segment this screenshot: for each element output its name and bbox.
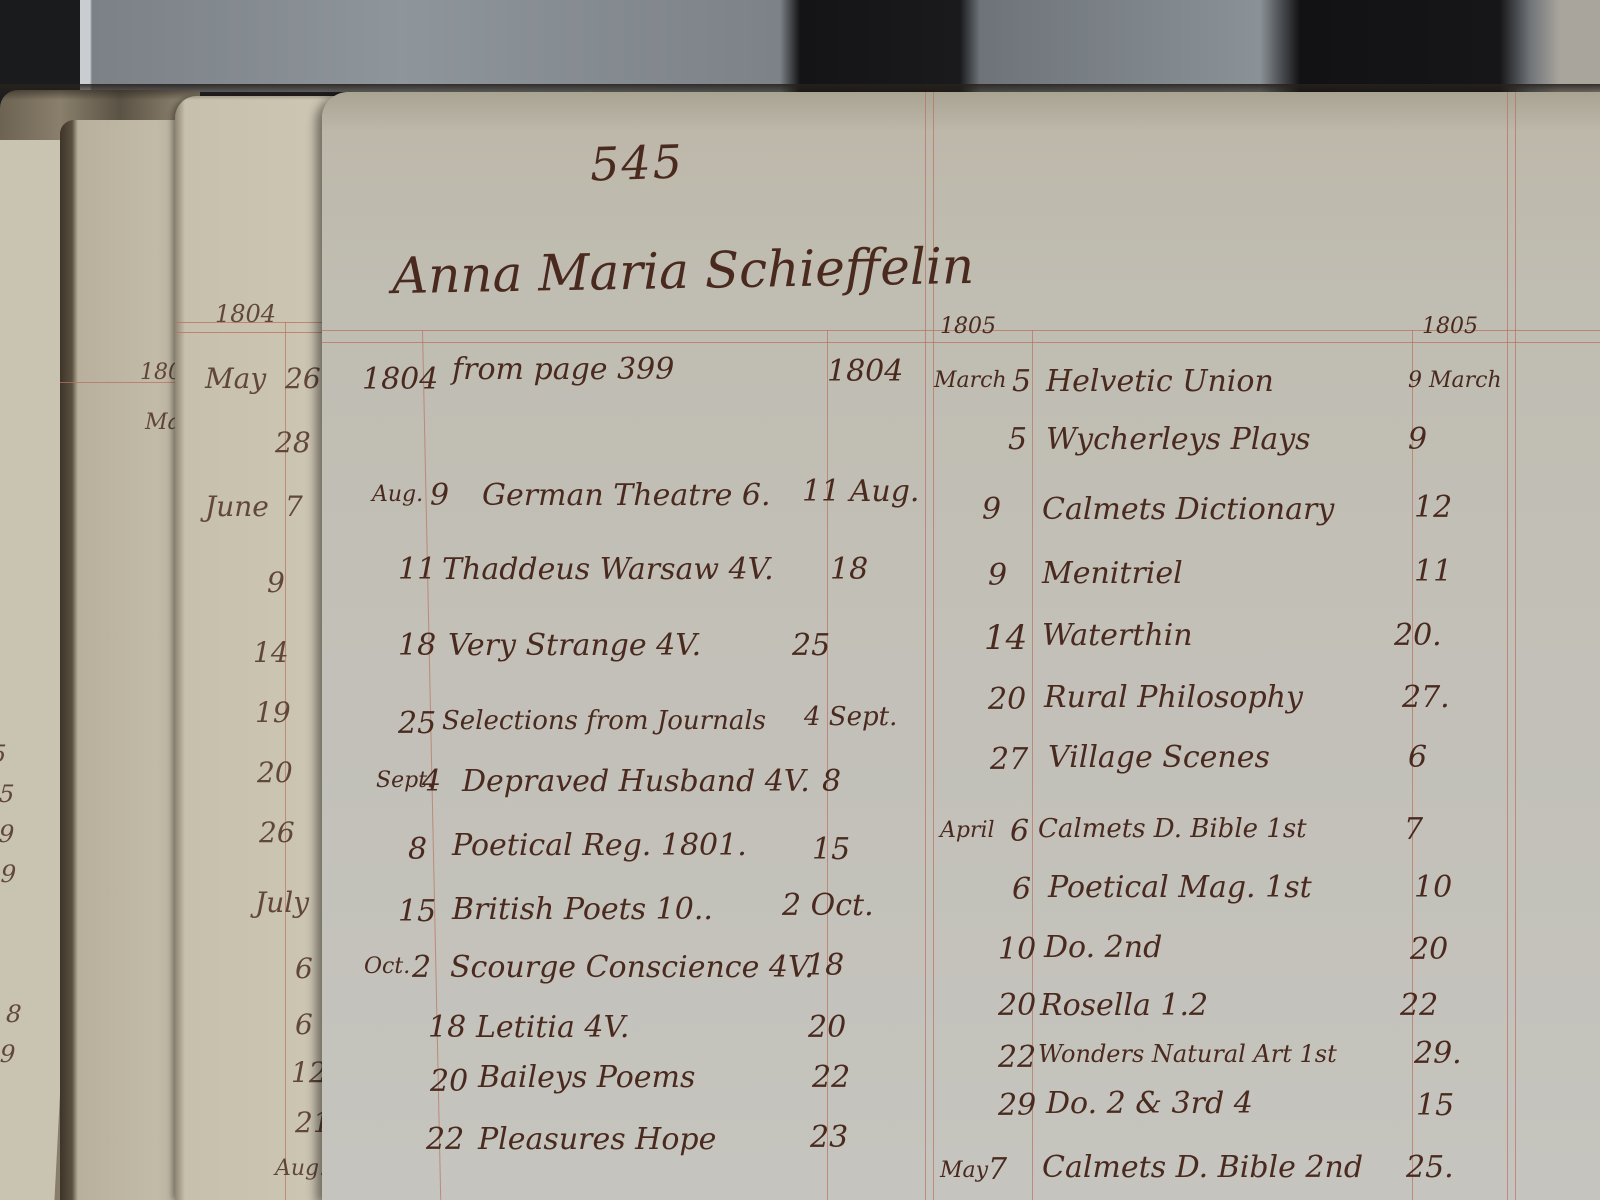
right-entry-returned: 20.: [1394, 618, 1442, 653]
right-entry-title: Helvetic Union: [1046, 364, 1274, 399]
back-page-a-day: 19: [0, 820, 15, 848]
right-entry-title: Calmets D. Bible 2nd: [1042, 1150, 1363, 1185]
right-entry-title: Rosella 1.2: [1040, 988, 1208, 1023]
right-entry-returned: 12: [1414, 490, 1452, 525]
back-page-a-day: 15: [0, 780, 15, 808]
margin-rule: [1515, 92, 1516, 1200]
right-entry-returned: 6: [1408, 740, 1427, 775]
header-rule: [322, 342, 1600, 343]
right-entry-returned: 20: [1410, 932, 1448, 967]
right-entry-title: Poetical Mag. 1st: [1048, 870, 1312, 905]
left-entry-title: Selections from Journals: [442, 706, 766, 736]
back-page-a-day: 19: [0, 860, 17, 888]
right-entry-day: 5: [1008, 422, 1027, 457]
back-page-c-day: 26: [285, 362, 321, 395]
right-year-header: 1805: [940, 314, 996, 339]
right-entry-title: Calmets D. Bible 1st: [1038, 814, 1307, 844]
left-entry-title: Letitia 4V.: [476, 1010, 629, 1045]
left-entry-returned: 15: [812, 832, 850, 867]
back-page-c-month: June: [205, 490, 269, 523]
left-entry-title: Baileys Poems: [478, 1060, 695, 1095]
left-entry-returned: 22: [812, 1060, 850, 1095]
left-entry-returned: 4 Sept.: [804, 702, 897, 732]
left-entry-day: 18: [398, 628, 436, 663]
right-entry-day: 27: [990, 742, 1028, 777]
left-entry-month: Oct.: [364, 954, 410, 979]
left-entry-day: 9: [430, 478, 449, 513]
back-page-c-day: 7: [285, 490, 303, 523]
right-entry-day: 14: [984, 618, 1027, 658]
background-scene: [0, 0, 1600, 92]
left-entry-title: Very Strange 4V.: [448, 628, 701, 663]
back-page-c-day: 19: [255, 696, 291, 729]
right-entry-title: Do. 2nd: [1044, 930, 1162, 965]
back-page-c-day: 14: [253, 636, 289, 669]
right-entry-title: Calmets Dictionary: [1042, 492, 1334, 527]
back-page-a-day: Ap. 8: [0, 1000, 22, 1028]
left-entry-title: German Theatre 6.: [482, 478, 771, 513]
left-entry-day: 8: [408, 832, 427, 867]
left-entry-title: Scourge Conscience 4V.: [450, 950, 814, 985]
right-entry-returned: 29.: [1414, 1036, 1462, 1071]
left-entry-returned: 18: [830, 552, 868, 587]
right-entry-day: 6: [1010, 814, 1029, 849]
left-entry-returned: 18: [806, 948, 844, 983]
back-page-c-day: 6: [295, 952, 313, 985]
right-entry-returned: 7: [1404, 812, 1423, 847]
right-entry-day: 22: [998, 1040, 1036, 1075]
left-entry-day: 22: [426, 1122, 464, 1157]
back-page-c-day: 6: [295, 1008, 313, 1041]
back-page-c-day: 28: [275, 426, 311, 459]
right-entry-returned: 22: [1400, 988, 1438, 1023]
right-entry-day: 9: [988, 558, 1007, 593]
right-entry-title: Waterthin: [1042, 618, 1193, 653]
left-entry-title: Poetical Reg. 1801.: [452, 828, 747, 863]
right-entry-title: Rural Philosophy: [1044, 680, 1303, 715]
right-entry-returned: 9: [1408, 422, 1427, 457]
ledger-page: 545 Anna Maria Schieffelin 1805 1805 180…: [322, 92, 1600, 1200]
back-page-a-day: 15: [0, 740, 7, 768]
left-entry-day: 20: [430, 1064, 468, 1099]
owner-name: Anna Maria Schieffelin: [392, 237, 975, 305]
left-entry-title: Pleasures Hope: [478, 1122, 716, 1157]
right-entry-day: 20: [998, 988, 1036, 1023]
left-entry-returned: 11 Aug.: [802, 474, 919, 509]
right-entry-day: 5: [1012, 364, 1031, 399]
left-return-year: 1804: [827, 354, 903, 389]
right-return-year-header: 1805: [1422, 314, 1478, 339]
right-entry-returned: 10: [1414, 870, 1452, 905]
left-entry-title: from page 399: [452, 352, 674, 387]
right-entry-day: 6: [1012, 872, 1031, 907]
right-entry-title: Do. 2 & 3rd 4: [1046, 1086, 1253, 1121]
back-page-a-day: 9: [0, 1040, 16, 1068]
left-entry-returned: 20: [808, 1010, 846, 1045]
left-entry-day: 2: [412, 950, 431, 985]
right-entry-returned: 15: [1416, 1088, 1454, 1123]
right-entry-day: 10: [998, 932, 1036, 967]
right-entry-month: March: [934, 368, 1007, 393]
right-entry-title: Menitriel: [1042, 556, 1183, 591]
left-entry-title: British Poets 10..: [452, 892, 713, 927]
left-entry-day: 11: [398, 552, 436, 587]
back-page-c-month: May: [205, 362, 266, 395]
left-entry-month: Aug.: [372, 482, 423, 507]
right-entry-month: April: [940, 818, 995, 843]
right-entry-title: Wonders Natural Art 1st: [1038, 1040, 1337, 1068]
left-entry-year: 1804: [362, 362, 438, 397]
right-entry-returned: 25.: [1406, 1150, 1454, 1185]
right-entry-day: 20: [988, 682, 1026, 717]
right-entry-returned: 27.: [1402, 680, 1450, 715]
back-page-c-year: 1804: [215, 300, 276, 328]
back-page-c-month: July: [255, 886, 309, 919]
left-entry-day: 4: [422, 764, 441, 799]
page-number: 545: [589, 134, 685, 191]
left-entry-returned: 2 Oct.: [782, 888, 874, 923]
left-entry-returned: 8: [822, 764, 841, 799]
back-page-c-day: 26: [259, 816, 295, 849]
right-entry-day: 9: [982, 492, 1001, 527]
right-entry-returned: 9 March: [1408, 368, 1502, 393]
right-entry-title: Wycherleys Plays: [1046, 422, 1311, 457]
margin-rule: [1507, 92, 1508, 1200]
right-entry-month: May: [940, 1158, 988, 1183]
left-entry-day: 15: [398, 894, 436, 929]
back-page-c-month: Aug.: [275, 1156, 326, 1181]
left-entry-title: Depraved Husband 4V.: [462, 764, 810, 799]
left-entry-title: Thaddeus Warsaw 4V.: [442, 552, 774, 587]
back-page-c-day: 9: [267, 566, 285, 599]
right-entry-day: 29: [998, 1088, 1036, 1123]
left-entry-returned: 25: [792, 628, 830, 663]
left-entry-day: 18: [428, 1010, 466, 1045]
back-page-c-day: 20: [257, 756, 293, 789]
right-entry-returned: 11: [1414, 554, 1452, 589]
right-entry-title: Village Scenes: [1048, 740, 1270, 775]
left-entry-day: 25: [398, 706, 436, 741]
right-entry-day: 7: [988, 1152, 1007, 1187]
left-entry-returned: 23: [810, 1120, 848, 1155]
